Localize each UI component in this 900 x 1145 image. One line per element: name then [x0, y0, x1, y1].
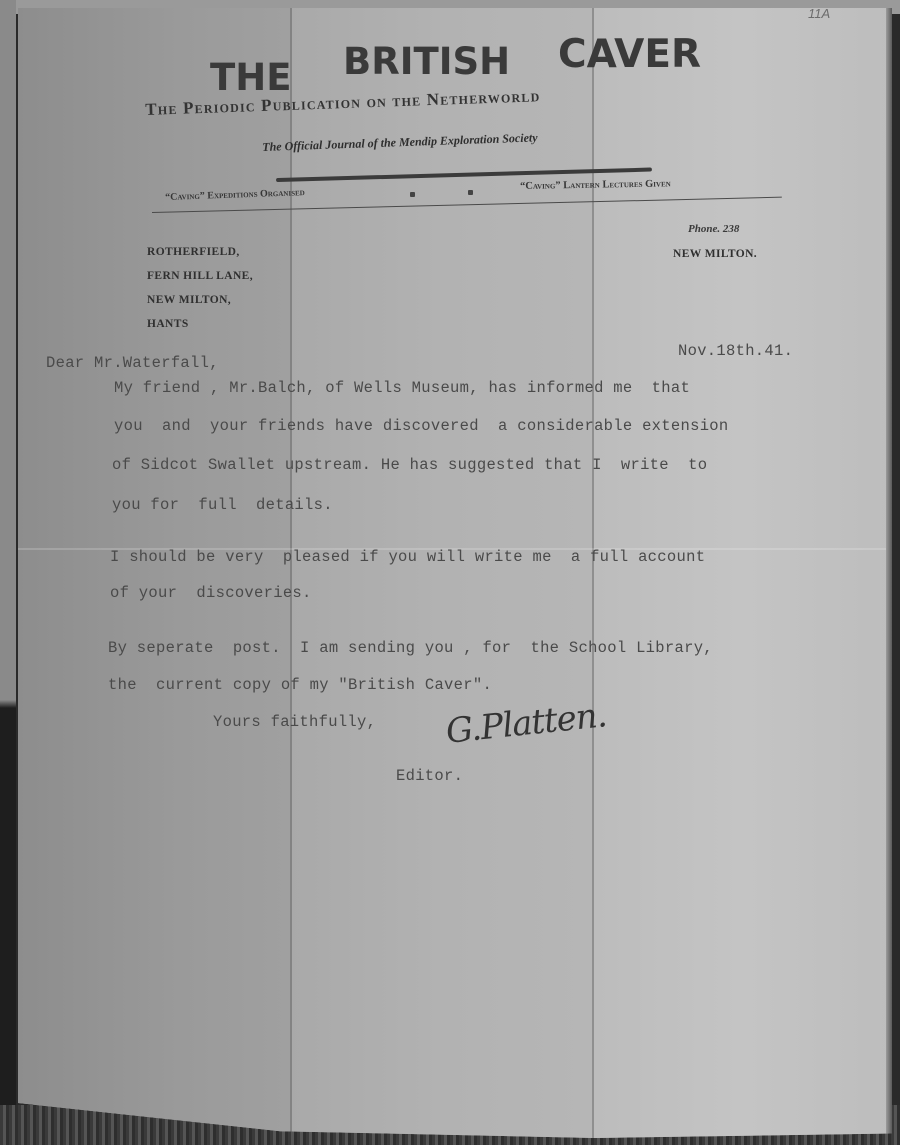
masthead-word-british: BRITISH	[343, 40, 510, 83]
body-line: you for full details.	[112, 496, 333, 514]
closing: Yours faithfully,	[213, 713, 376, 731]
banner-ornament-icon	[468, 190, 473, 195]
address-line: FERN HILL LANE,	[147, 264, 253, 288]
fold-panel-right	[592, 8, 892, 1138]
masthead-word-caver: CAVER	[558, 32, 701, 77]
body-line: the current copy of my "British Caver".	[108, 676, 492, 694]
sender-address: ROTHERFIELD, FERN HILL LANE, NEW MILTON,…	[147, 240, 253, 336]
letter-date: Nov.18th.41.	[678, 342, 793, 360]
body-line: My friend , Mr.Balch, of Wells Museum, h…	[114, 379, 690, 397]
paper-edge-shadow	[886, 8, 892, 1138]
background-surface-left	[0, 0, 16, 1145]
body-line: By seperate post. I am sending you , for…	[108, 639, 713, 657]
signatory-title: Editor.	[396, 767, 463, 785]
salutation: Dear Mr.Waterfall,	[46, 354, 219, 372]
body-line: you and your friends have discovered a c…	[114, 417, 729, 435]
banner-ornament-icon	[410, 192, 415, 197]
masthead-word-the: THE	[210, 56, 291, 99]
phone-exchange: NEW MILTON.	[673, 248, 757, 260]
letter-paper	[18, 8, 892, 1138]
archive-reference-mark: 11A	[808, 6, 830, 21]
body-line: of your discoveries.	[110, 584, 312, 602]
phone-number: Phone. 238	[688, 223, 739, 235]
address-line: ROTHERFIELD,	[147, 240, 253, 264]
body-line: of Sidcot Swallet upstream. He has sugge…	[112, 456, 707, 474]
fold-panel-left	[18, 8, 290, 1138]
address-line: HANTS	[147, 312, 253, 336]
address-line: NEW MILTON,	[147, 288, 253, 312]
vertical-fold-crease	[592, 8, 594, 1138]
body-line: I should be very pleased if you will wri…	[110, 548, 705, 566]
